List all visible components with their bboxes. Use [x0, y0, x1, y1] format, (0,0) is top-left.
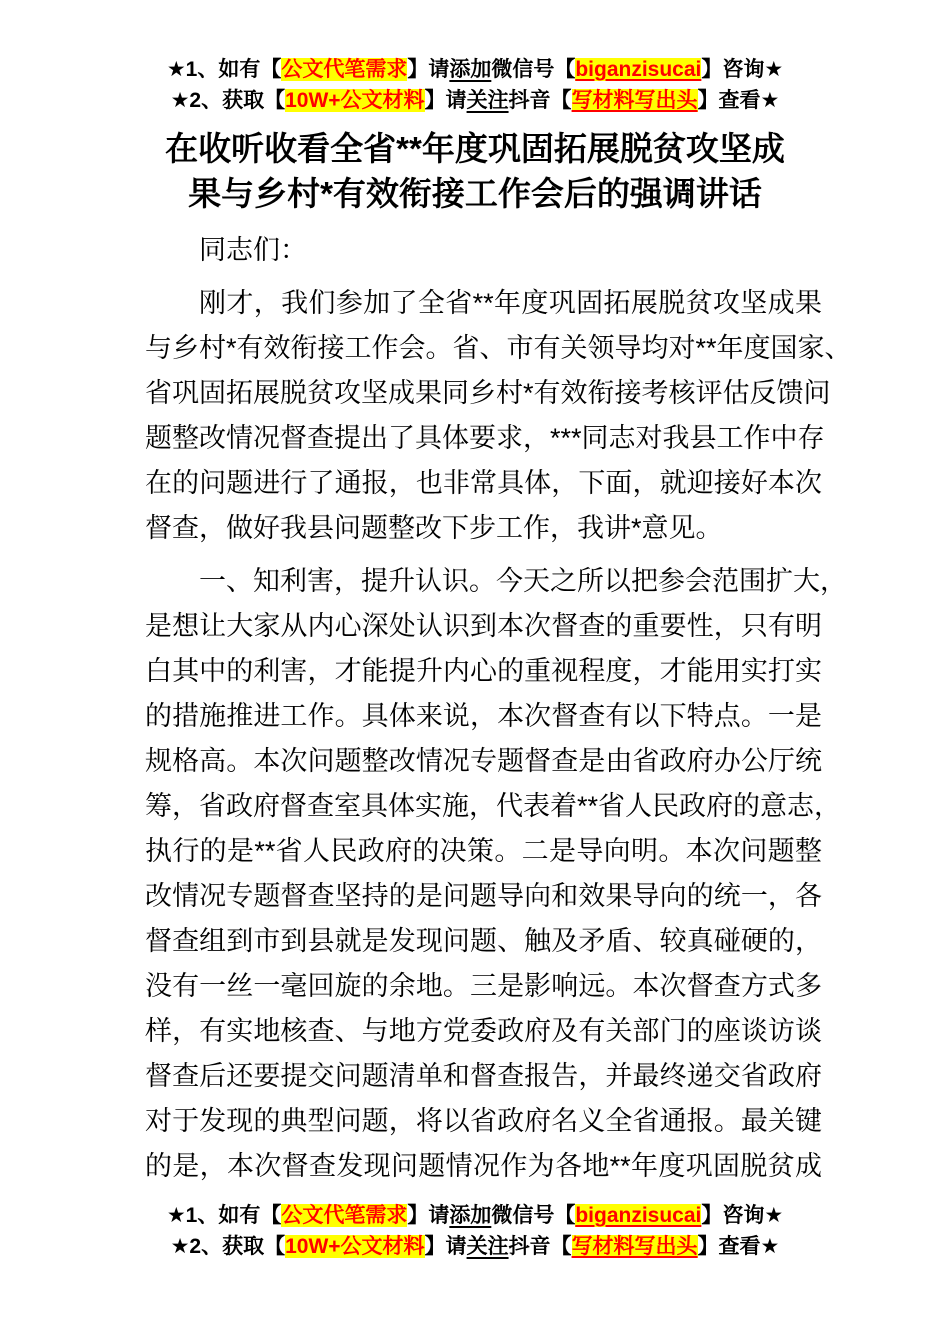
- text-line: 对于发现的典型问题，将以省政府名义全省通报。最关键: [145, 1099, 822, 1144]
- text-segment: 微信号【: [491, 58, 575, 81]
- text-line: 省巩固拓展脱贫攻坚成果同乡村*有效衔接考核评估反馈问: [145, 371, 822, 416]
- text-segment: 关注: [467, 89, 509, 112]
- title-line-2: 果与乡村*有效衔接工作会后的强调讲话: [115, 171, 835, 216]
- wechat-id: biganzisucai: [575, 58, 701, 81]
- text-line: 督查组到市到县就是发现问题、触及矛盾、较真碰硬的，: [145, 919, 822, 964]
- text-line: 的措施推进工作。具体来说，本次督查有以下特点。一是: [145, 694, 822, 739]
- text-segment: 微信号【: [491, 1204, 575, 1227]
- text-line: 的是，本次督查发现问题情况作为各地**年度巩固脱贫成: [145, 1144, 822, 1189]
- text-segment: 】请: [407, 58, 449, 81]
- text-segment: 】请: [407, 1204, 449, 1227]
- keyword-materials: 10W+公文材料: [285, 89, 424, 112]
- footer-notice-line-2: ★2、获取【10W+公文材料】请关注抖音【写材料写出头】查看★: [0, 1231, 950, 1262]
- text-segment: 抖音【: [509, 89, 572, 112]
- text-line: 样，有实地核查、与地方党委政府及有关部门的座谈访谈: [145, 1009, 822, 1054]
- text-segment: ★1、如有【: [167, 1204, 282, 1227]
- text-segment: 抖音【: [509, 1235, 572, 1258]
- text-line: 与乡村*有效衔接工作会。省、市有关领导均对**年度国家、: [145, 326, 822, 371]
- keyword-writing-service: 公文代笔需求: [281, 1204, 407, 1227]
- greeting-paragraph: 同志们：: [145, 228, 822, 273]
- keyword-writing-service: 公文代笔需求: [281, 58, 407, 81]
- text-segment: 】请: [425, 1235, 467, 1258]
- opening-paragraph: 刚才，我们参加了全省**年度巩固拓展脱贫攻坚成果与乡村*有效衔接工作会。省、市有…: [145, 281, 822, 551]
- douyin-account: 写材料写出头: [572, 1235, 698, 1258]
- text-line: 督查后还要提交问题清单和督查报告，并最终递交省政府: [145, 1054, 822, 1099]
- text-segment: 添加: [449, 58, 491, 81]
- text-line: 执行的是**省人民政府的决策。二是导向明。本次问题整: [145, 829, 822, 874]
- text-line: 同志们：: [145, 228, 822, 273]
- text-line: 督查，做好我县问题整改下步工作，我讲*意见。: [145, 506, 822, 551]
- text-segment: 】查看★: [698, 89, 780, 112]
- title-line-1: 在收听收看全省**年度巩固拓展脱贫攻坚成: [115, 126, 835, 171]
- header-notice-line-2: ★2、获取【10W+公文材料】请关注抖音【写材料写出头】查看★: [0, 85, 950, 116]
- text-segment: 】请: [425, 89, 467, 112]
- text-segment: 】咨询★: [701, 58, 783, 81]
- text-line: 刚才，我们参加了全省**年度巩固拓展脱贫攻坚成果: [145, 281, 822, 326]
- text-line: 改情况专题督查坚持的是问题导向和效果导向的统一，各: [145, 874, 822, 919]
- text-segment: 】查看★: [698, 1235, 780, 1258]
- header-notice: ★1、如有【公文代笔需求】请添加微信号【biganzisucai】咨询★ ★2、…: [0, 0, 950, 116]
- text-line: 白其中的利害，才能提升内心的重视程度，才能用实打实: [145, 649, 822, 694]
- text-segment: ★2、获取【: [171, 89, 286, 112]
- text-segment: ★1、如有【: [167, 58, 282, 81]
- text-line: 是想让大家从内心深处认识到本次督查的重要性，只有明: [145, 604, 822, 649]
- text-segment: ★2、获取【: [171, 1235, 286, 1258]
- document-title: 在收听收看全省**年度巩固拓展脱贫攻坚成 果与乡村*有效衔接工作会后的强调讲话: [115, 126, 835, 216]
- document-body: 同志们： 刚才，我们参加了全省**年度巩固拓展脱贫攻坚成果与乡村*有效衔接工作会…: [145, 228, 822, 1189]
- text-segment: 关注: [467, 1235, 509, 1258]
- text-segment: 添加: [449, 1204, 491, 1227]
- footer-notice: ★1、如有【公文代笔需求】请添加微信号【biganzisucai】咨询★ ★2、…: [0, 1200, 950, 1262]
- text-line: 在的问题进行了通报，也非常具体，下面，就迎接好本次: [145, 461, 822, 506]
- keyword-materials: 10W+公文材料: [285, 1235, 424, 1258]
- text-line: 一、知利害，提升认识。今天之所以把参会范围扩大，: [145, 559, 822, 604]
- text-line: 题整改情况督查提出了具体要求，***同志对我县工作中存: [145, 416, 822, 461]
- text-segment: 】咨询★: [701, 1204, 783, 1227]
- douyin-account: 写材料写出头: [572, 89, 698, 112]
- header-notice-line-1: ★1、如有【公文代笔需求】请添加微信号【biganzisucai】咨询★: [0, 54, 950, 85]
- wechat-id: biganzisucai: [575, 1204, 701, 1227]
- text-line: 筹，省政府督查室具体实施，代表着**省人民政府的意志，: [145, 784, 822, 829]
- section-one-paragraph: 一、知利害，提升认识。今天之所以把参会范围扩大，是想让大家从内心深处认识到本次督…: [145, 559, 822, 1189]
- footer-notice-line-1: ★1、如有【公文代笔需求】请添加微信号【biganzisucai】咨询★: [0, 1200, 950, 1231]
- text-line: 没有一丝一毫回旋的余地。三是影响远。本次督查方式多: [145, 964, 822, 1009]
- text-line: 规格高。本次问题整改情况专题督查是由省政府办公厅统: [145, 739, 822, 784]
- document-page: ★1、如有【公文代笔需求】请添加微信号【biganzisucai】咨询★ ★2、…: [0, 0, 950, 1344]
